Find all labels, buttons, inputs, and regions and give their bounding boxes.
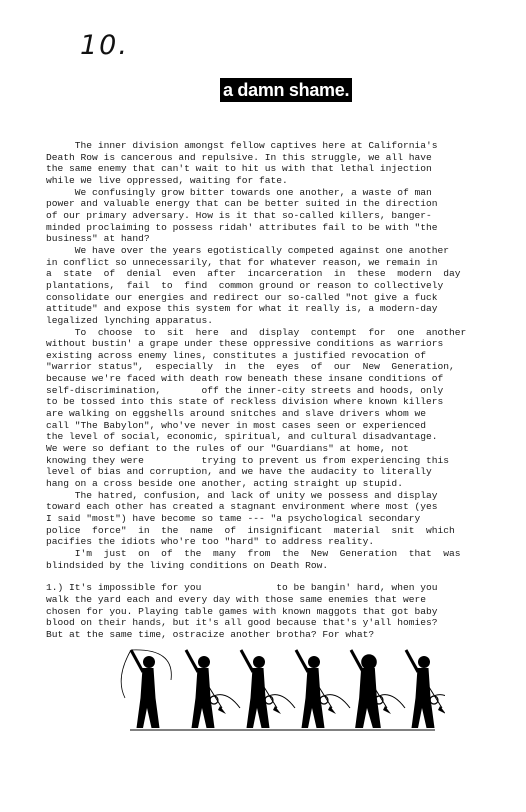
text-line: walk the yard each and every day with th… <box>46 594 522 606</box>
archer-figure <box>241 650 295 728</box>
paragraph: The hatred, confusion, and lack of unity… <box>46 490 522 548</box>
text-line: level of bias and corruption, and we hav… <box>46 466 522 478</box>
text-line: self-discrimination, off the inner-city … <box>46 385 522 397</box>
text-line: of our primary adversary. How is it that… <box>46 210 522 222</box>
headline: a damn shame. <box>220 78 352 102</box>
text-line: minded proclaiming to possess ridah' att… <box>46 222 522 234</box>
text-line: attitude" and expose this system for wha… <box>46 303 522 315</box>
paragraph: I'm just on of the many from the New Gen… <box>46 548 522 571</box>
text-line: blood on their hands, but it's all good … <box>46 617 522 629</box>
text-line: to be tossed into this state of reckless… <box>46 396 522 408</box>
paragraph: The inner division amongst fellow captiv… <box>46 140 522 187</box>
text-line: police force" in the name of insignifica… <box>46 525 522 537</box>
text-line: a state of denial even after incarcerati… <box>46 268 522 280</box>
text-line: power and valuable energy that can be be… <box>46 198 522 210</box>
text-line: We were so defiant to the rules of our "… <box>46 443 522 455</box>
text-line: We have over the years egotistically com… <box>46 245 522 257</box>
text-line: business" at hand? <box>46 233 522 245</box>
numbered-item: 1.) It's impossible for you to be bangin… <box>46 582 522 640</box>
archer-figure <box>351 650 405 728</box>
page-number: 10. <box>80 30 129 61</box>
text-line: the same enemy that can't wait to hit us… <box>46 163 522 175</box>
archer-figure <box>186 650 240 728</box>
text-line: while we live oppressed, waiting for fat… <box>46 175 522 187</box>
archers-illustration <box>105 648 445 748</box>
text-line: in conflict so unnecessarily, that for w… <box>46 257 522 269</box>
archer-figure <box>296 650 350 728</box>
text-line: toward each other has created a stagnant… <box>46 501 522 513</box>
text-line: To choose to sit here and display contem… <box>46 327 522 339</box>
archer-figure <box>406 650 445 728</box>
text-line: But at the same time, ostracize another … <box>46 629 522 641</box>
text-line: plantations, fail to find common ground … <box>46 280 522 292</box>
text-line: Death Row is cancerous and repulsive. In… <box>46 152 522 164</box>
text-line: We confusingly grow bitter towards one a… <box>46 187 522 199</box>
text-line: I said "most") have become so tame --- "… <box>46 513 522 525</box>
text-line: The hatred, confusion, and lack of unity… <box>46 490 522 502</box>
text-line: the level of social, economic, spiritual… <box>46 431 522 443</box>
text-line: chosen for you. Playing table games with… <box>46 606 522 618</box>
text-line: legalized lynching apparatus. <box>46 315 522 327</box>
text-line: "warrior status", especially in the eyes… <box>46 361 522 373</box>
paragraph: We have over the years egotistically com… <box>46 245 522 327</box>
text-line: The inner division amongst fellow captiv… <box>46 140 522 152</box>
text-line: pacifies the idiots who're too "hard" to… <box>46 536 522 548</box>
text-line: are walking on eggshells around snitches… <box>46 408 522 420</box>
text-line: because we're faced with death row benea… <box>46 373 522 385</box>
text-line: existing across enemy lines, constitutes… <box>46 350 522 362</box>
article-body: The inner division amongst fellow captiv… <box>46 140 522 641</box>
text-line: knowing they were trying to prevent us f… <box>46 455 522 467</box>
paragraph: We confusingly grow bitter towards one a… <box>46 187 522 245</box>
text-line: consolidate our energies and redirect ou… <box>46 292 522 304</box>
text-line: call "The Babylon", who've never in most… <box>46 420 522 432</box>
text-line: 1.) It's impossible for you to be bangin… <box>46 582 522 594</box>
text-line: I'm just on of the many from the New Gen… <box>46 548 522 560</box>
text-line: hang on a cross beside one another, acti… <box>46 478 522 490</box>
paragraph: To choose to sit here and display contem… <box>46 327 522 490</box>
text-line: without bustin' a grape under these oppr… <box>46 338 522 350</box>
archer-figure <box>121 650 171 728</box>
text-line: blindsided by the living conditions on D… <box>46 560 522 572</box>
